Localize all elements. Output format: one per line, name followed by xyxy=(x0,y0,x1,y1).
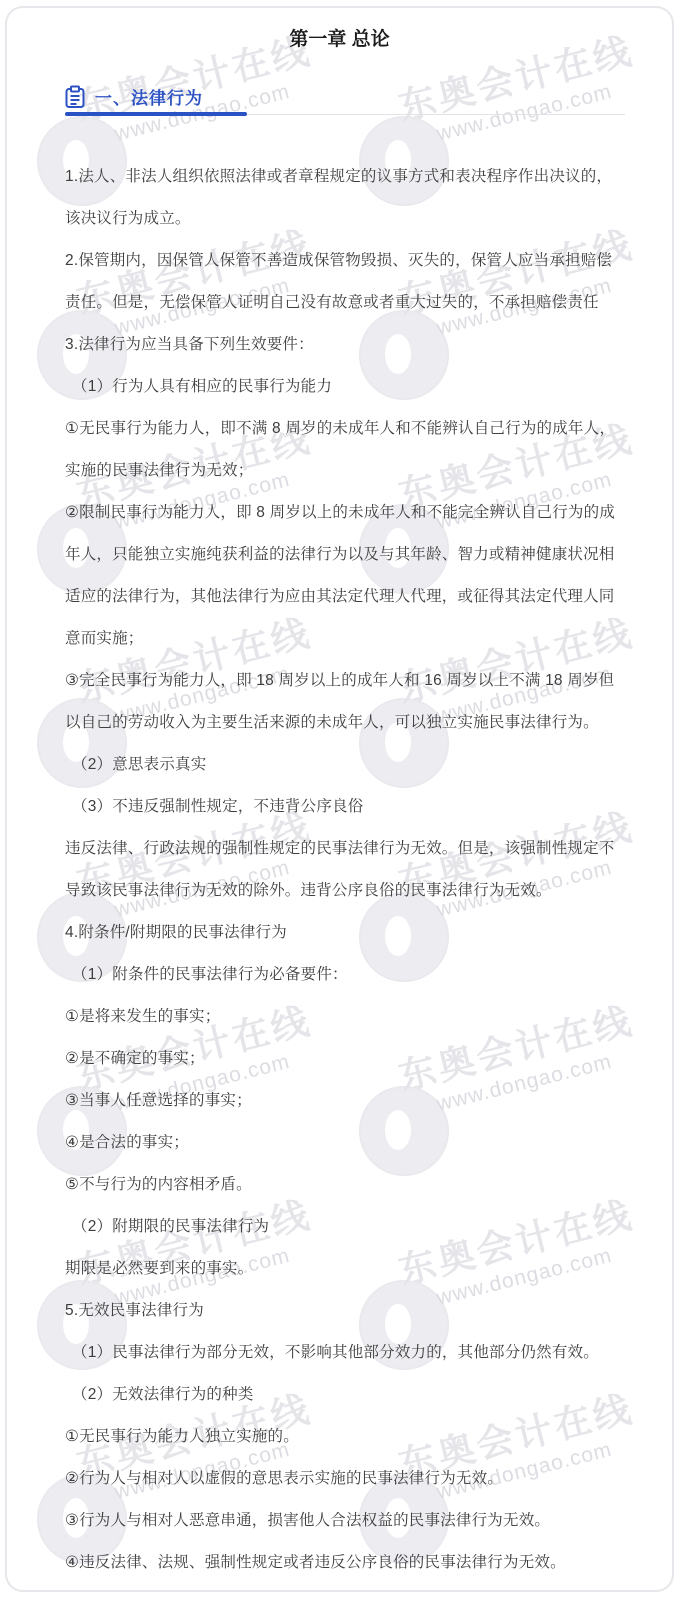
text-line: （2）附期限的民事法律行为 xyxy=(65,1206,631,1248)
text-line: ②行为人与相对人以虚假的意思表示实施的民事法律行为无效。 xyxy=(65,1458,631,1500)
text-line: （1）民事法律行为部分无效，不影响其他部分效力的，其他部分仍然有效。 xyxy=(65,1332,631,1374)
text-line: 以自己的劳动收入为主要生活来源的未成年人，可以独立实施民事法律行为。 xyxy=(65,702,631,744)
text-line: ④是合法的事实； xyxy=(65,1122,631,1164)
text-line: 年人，只能独立实施纯获利益的法律行为以及与其年龄、智力或精神健康状况相 xyxy=(65,534,631,576)
text-line: ⑤不与行为的内容相矛盾。 xyxy=(65,1164,631,1206)
text-line: 1.法人、非法人组织依照法律或者章程规定的议事方式和表决程序作出决议的， xyxy=(65,156,631,198)
text-line: 4.附条件/附期限的民事法律行为 xyxy=(65,912,631,954)
text-line: ③完全民事行为能力人，即 18 周岁以上的成年人和 16 周岁以上不满 18 周… xyxy=(65,660,631,702)
chapter-title: 第一章 总论 xyxy=(7,24,672,51)
text-line: （1）行为人具有相应的民事行为能力 xyxy=(65,366,631,408)
text-line: 2.保管期内，因保管人保管不善造成保管物毁损、灭失的，保管人应当承担赔偿 xyxy=(65,240,631,282)
text-line: 实施的民事法律行为无效； xyxy=(65,450,631,492)
text-line: 违反法律、行政法规的强制性规定的民事法律行为无效。但是，该强制性规定不 xyxy=(65,828,631,870)
page-card: 东奥会计在线 www.dongao.com 东奥会计在线 www.dongao.… xyxy=(5,6,674,1592)
watermark-url-text: www.dongao.com xyxy=(434,73,644,147)
text-line: 5.无效民事法律行为 xyxy=(65,1290,631,1332)
text-line: 期限是必然要到来的事实。 xyxy=(65,1248,631,1290)
text-line: ①是将来发生的事实； xyxy=(65,996,631,1038)
text-line: ①无民事行为能力人，即不满 8 周岁的未成年人和不能辨认自己行为的成年人， xyxy=(65,408,631,450)
text-line: 3.法律行为应当具备下列生效要件： xyxy=(65,324,631,366)
text-line: （2）意思表示真实 xyxy=(65,744,631,786)
text-line: （3）不违反强制性规定，不违背公序良俗 xyxy=(65,786,631,828)
text-line: ②是不确定的事实； xyxy=(65,1038,631,1080)
text-line: ②限制民事行为能力人，即 8 周岁以上的未成年人和不能完全辨认自己行为的成 xyxy=(65,492,631,534)
text-line: 导致该民事法律行为无效的除外。违背公序良俗的民事法律行为无效。 xyxy=(65,870,631,912)
text-line: 责任。但是，无偿保管人证明自己没有故意或者重大过失的，不承担赔偿责任 xyxy=(65,282,631,324)
section-title: 一、法律行为 xyxy=(95,84,203,109)
document-page: { "page": { "title": "第一章 总论" }, "sectio… xyxy=(0,0,680,1598)
text-line: 适应的法律行为，其他法律行为应由其法定代理人代理，或征得其法定代理人同 xyxy=(65,576,631,618)
section-header: 一、法律行为 xyxy=(64,84,203,109)
text-line: 该决议行为成立。 xyxy=(65,198,631,240)
clipboard-icon xyxy=(64,85,86,109)
document-body: 1.法人、非法人组织依照法律或者章程规定的议事方式和表决程序作出决议的，该决议行… xyxy=(65,156,631,1584)
text-line: （1）附条件的民事法律行为必备要件： xyxy=(65,954,631,996)
text-line: （2）无效法律行为的种类 xyxy=(65,1374,631,1416)
text-line: ④违反法律、法规、强制性规定或者违反公序良俗的民事法律行为无效。 xyxy=(65,1542,631,1584)
text-line: ③当事人任意选择的事实； xyxy=(65,1080,631,1122)
section-underline-accent xyxy=(65,112,247,116)
text-line: ①无民事行为能力人独立实施的。 xyxy=(65,1416,631,1458)
text-line: ③行为人与相对人恶意串通，损害他人合法权益的民事法律行为无效。 xyxy=(65,1500,631,1542)
section-underline-rule xyxy=(247,114,625,115)
text-line: 意而实施； xyxy=(65,618,631,660)
